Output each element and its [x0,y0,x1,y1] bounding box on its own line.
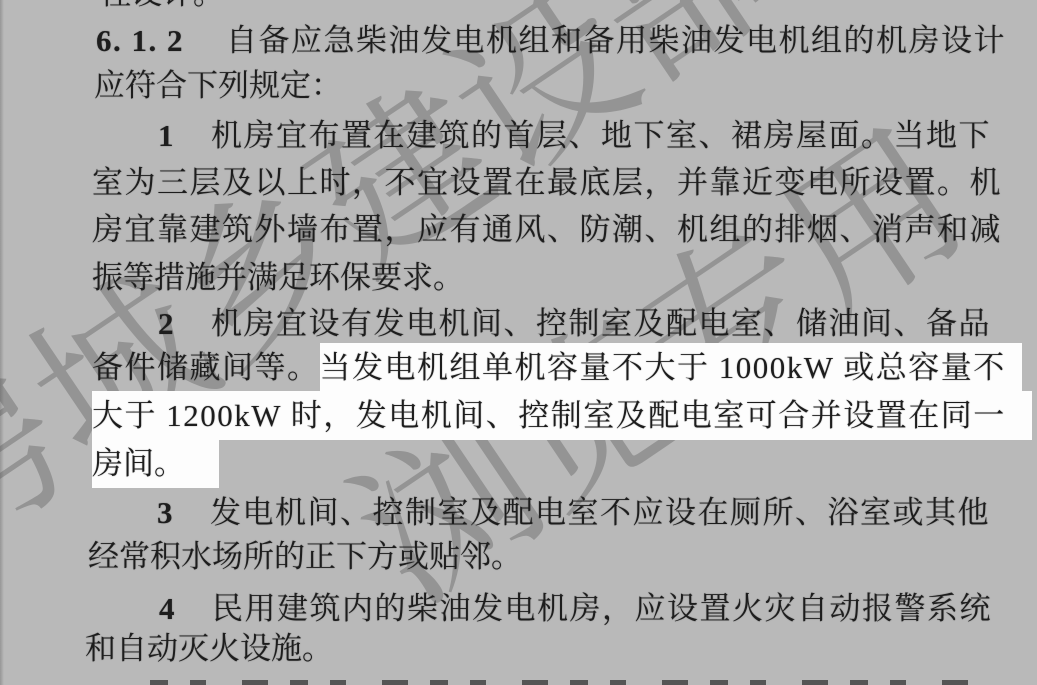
text-segment: 机房宜布置在建筑的首层、地下室、裙房屋面。当地下 [211,118,991,153]
text-line-6: 房宜靠建筑外墙布置，应有通风、防潮、机组的排烟、消声和减 [92,207,1002,253]
text-line-15: 和自动灭火设施。 [85,626,333,672]
text-segment: 机房宜设有发电机间、控制室及配电室、储油间、备品 [211,306,991,341]
text-line-4: 1机房宜布置在建筑的首层、地下室、裙房屋面。当地下 [158,113,991,159]
item-number: 6. 1. 2 [96,23,184,58]
item-number: 2 [158,306,175,341]
text-segment: 振等措施并满足环保要求。 [92,260,464,295]
text-line-3: 应符合下列规定： [94,63,342,109]
text-line-10: 大于 1200kW 时，发电机间、控制室及配电室可合并设置在同一 [92,393,1032,439]
text-segment: 民用建筑内的柴油发电机房，应设置火灾自动报警系统 [212,591,992,626]
highlighted-text: 大于 1200kW 时，发电机间、控制室及配电室可合并设置在同一 [92,391,1032,440]
text-segment: 发电机间、控制室及配电室不应设在厕所、浴室或其他 [210,495,990,530]
item-number: 4 [159,591,176,626]
clipped-next-line [150,680,980,685]
text-segment: 室为三层及以上时，不宜设置在最底层，并靠近变电所设置。机 [92,165,1002,200]
text-line-9: 备件储藏间等。当发电机组单机容量不大于 1000kW 或总容量不 [92,345,1022,391]
text-segment: 性设计。 [100,0,224,11]
text-segment: 应符合下列规定： [94,68,342,103]
text-segment: 备件储藏间等。 [92,350,320,385]
text-segment: 经常积水场所的正下方或贴邻。 [88,539,522,574]
item-number: 3 [157,495,174,530]
text-line-11: 房间。 [92,441,219,487]
document-text: 性设计。6. 1. 2自备应急柴油发电机组和备用柴油发电机组的机房设计应符合下列… [0,0,1037,685]
text-segment: 房宜靠建筑外墙布置，应有通风、防潮、机组的排烟、消声和减 [92,212,1002,247]
text-segment: 和自动灭火设施。 [85,631,333,666]
text-line-13: 经常积水场所的正下方或贴邻。 [88,534,522,580]
text-line-5: 室为三层及以上时，不宜设置在最底层，并靠近变电所设置。机 [92,160,1002,206]
text-line-1: 性设计。 [100,0,224,17]
text-line-2: 6. 1. 2自备应急柴油发电机组和备用柴油发电机组的机房设计 [96,18,1006,64]
highlighted-text: 房间。 [92,439,219,488]
document-page: 住房城乡建设部 浏览专用 性设计。6. 1. 2自备应急柴油发电机组和备用柴油发… [0,0,1037,685]
text-segment: 自备应急柴油发电机组和备用柴油发电机组的机房设计 [226,23,1006,58]
item-number: 1 [158,118,175,153]
text-line-7: 振等措施并满足环保要求。 [92,255,464,301]
text-line-12: 3发电机间、控制室及配电室不应设在厕所、浴室或其他 [157,490,990,536]
text-line-8: 2机房宜设有发电机间、控制室及配电室、储油间、备品 [158,301,991,347]
highlighted-text: 当发电机组单机容量不大于 1000kW 或总容量不 [320,343,1022,392]
